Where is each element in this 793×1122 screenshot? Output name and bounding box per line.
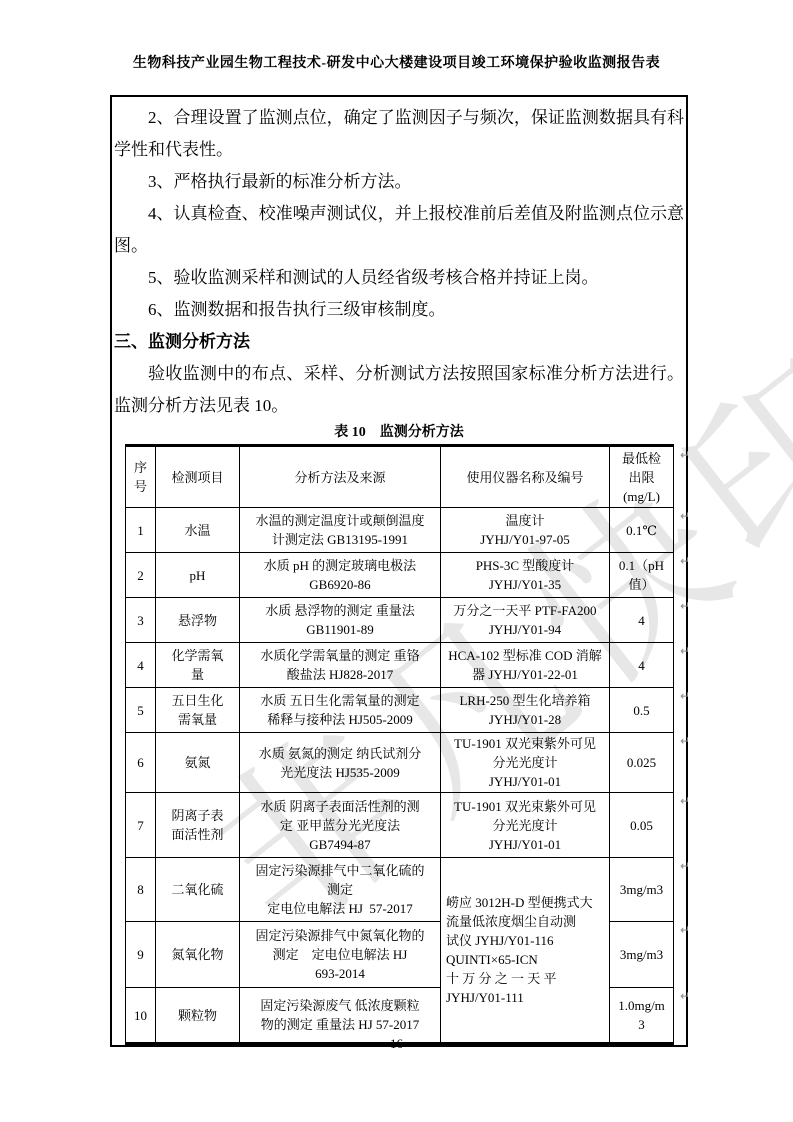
cell-limit-text: 3mg/m3	[620, 882, 663, 897]
col-header-instrument: 使用仪器名称及编号	[441, 446, 610, 508]
cell-limit: 3mg/m3↵	[610, 858, 674, 922]
cell-method: 水质 五日生化需氧量的测定 稀释与接种法 HJ505-2009	[240, 688, 441, 733]
list-item-3: 3、严格执行最新的标准分析方法。	[114, 166, 684, 198]
document-header-title: 生物科技产业园生物工程技术-研发中心大楼建设项目竣工环境保护验收监测报告表	[0, 52, 793, 72]
document-page: 生物科技产业园生物工程技术-研发中心大楼建设项目竣工环境保护验收监测报告表 非凡…	[0, 0, 793, 1122]
cell-no: 8	[126, 858, 156, 922]
cell-no: 5	[126, 688, 156, 733]
list-item-6: 6、监测数据和报告执行三级审核制度。	[114, 294, 684, 326]
section-heading: 三、监测分析方法	[114, 326, 684, 358]
col-header-limit: 最低检 出限 (mg/L)↵	[610, 446, 674, 508]
cell-limit: 4↵	[610, 643, 674, 688]
cell-limit-text: 0.025	[627, 755, 656, 770]
cell-method: 水温的测定温度计或颠倒温度 计测定法 GB13195-1991	[240, 508, 441, 553]
cell-item: pH	[156, 553, 240, 598]
table-row: 6 氨氮 水质 氨氮的测定 纳氏试剂分 光光度法 HJ535-2009 TU-1…	[126, 733, 674, 793]
cell-method: 固定污染源废气 低浓度颗粒 物的测定 重量法 HJ 57-2017	[240, 988, 441, 1044]
table-row: 2 pH 水质 pH 的测定玻璃电极法 GB6920-86 PHS-3C 型酸度…	[126, 553, 674, 598]
cell-limit: 0.05↵	[610, 793, 674, 858]
cell-method: 固定污染源排气中氮氧化物的 测定 定电位电解法 HJ 693-2014	[240, 922, 441, 988]
cell-limit: 0.5↵	[610, 688, 674, 733]
cell-method: 水质 氨氮的测定 纳氏试剂分 光光度法 HJ535-2009	[240, 733, 441, 793]
analysis-methods-table: 序 号 检测项目 分析方法及来源 使用仪器名称及编号 最低检 出限 (mg/L)…	[125, 444, 674, 1045]
cell-limit-text: 3mg/m3	[620, 947, 663, 962]
cell-limit: 1.0mg/m 3↵	[610, 988, 674, 1044]
cell-no: 2	[126, 553, 156, 598]
cell-limit-text: 0.5	[633, 703, 649, 718]
cell-instrument: LRH-250 型生化培养箱 JYHJ/Y01-28	[441, 688, 610, 733]
cell-instrument: PHS-3C 型酸度计 JYHJ/Y01-35	[441, 553, 610, 598]
paragraph-mark-icon: ↵	[680, 990, 690, 1002]
table-row: 5 五日生化 需氧量 水质 五日生化需氧量的测定 稀释与接种法 HJ505-20…	[126, 688, 674, 733]
cell-no: 10	[126, 988, 156, 1044]
cell-item: 二氧化硫	[156, 858, 240, 922]
col-header-method: 分析方法及来源	[240, 446, 441, 508]
cell-no: 3	[126, 598, 156, 643]
cell-no: 1	[126, 508, 156, 553]
table-row: 7 阴离子表 面活性剂 水质 阴离子表面活性剂的测 定 亚甲蓝分光光度法 GB7…	[126, 793, 674, 858]
paragraph-mark-icon: ↵	[680, 735, 690, 747]
cell-instrument: TU-1901 双光束紫外可见 分光光度计 JYHJ/Y01-01	[441, 793, 610, 858]
list-item-5: 5、验收监测采样和测试的人员经省级考核合格并持证上岗。	[114, 262, 684, 294]
cell-limit-text: 4	[638, 658, 645, 673]
cell-limit-text: 0.1℃	[626, 523, 657, 538]
cell-limit: 0.025↵	[610, 733, 674, 793]
paragraph-mark-icon: ↵	[680, 600, 690, 612]
cell-limit-text: 0.1（pH 值）	[619, 558, 664, 592]
cell-item: 悬浮物	[156, 598, 240, 643]
cell-limit-text: 0.05	[630, 818, 653, 833]
cell-no: 4	[126, 643, 156, 688]
cell-instrument: TU-1901 双光束紫外可见 分光光度计 JYHJ/Y01-01	[441, 733, 610, 793]
paragraph-mark-icon: ↵	[680, 690, 690, 702]
cell-instrument: 温度计 JYHJ/Y01-97-05	[441, 508, 610, 553]
cell-method: 水质 悬浮物的测定 重量法 GB11901-89	[240, 598, 441, 643]
table-caption: 表 10 监测分析方法	[114, 422, 684, 444]
table-header-row: 序 号 检测项目 分析方法及来源 使用仪器名称及编号 最低检 出限 (mg/L)…	[126, 446, 674, 508]
cell-item: 水温	[156, 508, 240, 553]
cell-limit-text: 1.0mg/m 3	[618, 998, 665, 1032]
cell-no: 7	[126, 793, 156, 858]
cell-limit: 3mg/m3↵	[610, 922, 674, 988]
paragraph-mark-icon: ↵	[680, 860, 690, 872]
col-header-limit-text: 最低检 出限 (mg/L)	[622, 451, 661, 504]
cell-limit: 4↵	[610, 598, 674, 643]
cell-instrument: 万分之一天平 PTF-FA200 JYHJ/Y01-94	[441, 598, 610, 643]
cell-item: 五日生化 需氧量	[156, 688, 240, 733]
cell-no: 9	[126, 922, 156, 988]
cell-item: 颗粒物	[156, 988, 240, 1044]
cell-method: 水质 阴离子表面活性剂的测 定 亚甲蓝分光光度法 GB7494-87	[240, 793, 441, 858]
content-box: 2、合理设置了监测点位，确定了监测因子与频次，保证监测数据具有科学性和代表性。 …	[110, 95, 688, 1047]
paragraph-mark-icon: ↵	[680, 924, 690, 936]
paragraph-mark-icon: ↵	[680, 449, 690, 461]
cell-item: 阴离子表 面活性剂	[156, 793, 240, 858]
col-header-item: 检测项目	[156, 446, 240, 508]
cell-limit: 0.1℃↵	[610, 508, 674, 553]
paragraph-mark-icon: ↵	[680, 555, 690, 567]
list-item-4: 4、认真检查、校准噪声测试仪，并上报校准前后差值及附监测点位示意图。	[114, 198, 684, 262]
cell-limit: 0.1（pH 值）↵	[610, 553, 674, 598]
paragraph-mark-icon: ↵	[680, 795, 690, 807]
cell-item: 化学需氧 量	[156, 643, 240, 688]
cell-instrument: HCA-102 型标准 COD 消解 器 JYHJ/Y01-22-01	[441, 643, 610, 688]
cell-method: 固定污染源排气中二氧化硫的 测定 定电位电解法 HJ 57-2017	[240, 858, 441, 922]
table-row: 3 悬浮物 水质 悬浮物的测定 重量法 GB11901-89 万分之一天平 PT…	[126, 598, 674, 643]
cell-item: 氮氧化物	[156, 922, 240, 988]
cell-method: 水质 pH 的测定玻璃电极法 GB6920-86	[240, 553, 441, 598]
cell-item: 氨氮	[156, 733, 240, 793]
cell-instrument-merged: 崂应 3012H-D 型便携式大 流量低浓度烟尘自动测 试仪 JYHJ/Y01-…	[441, 858, 610, 1044]
table-row: 8 二氧化硫 固定污染源排气中二氧化硫的 测定 定电位电解法 HJ 57-201…	[126, 858, 674, 922]
paragraph-mark-icon: ↵	[680, 510, 690, 522]
intro-paragraph: 验收监测中的布点、采样、分析测试方法按照国家标准分析方法进行。监测分析方法见表 …	[114, 358, 684, 422]
table-row: 1 水温 水温的测定温度计或颠倒温度 计测定法 GB13195-1991 温度计…	[126, 508, 674, 553]
table-row: 4 化学需氧 量 水质化学需氧量的测定 重铬 酸盐法 HJ828-2017 HC…	[126, 643, 674, 688]
cell-no: 6	[126, 733, 156, 793]
list-item-2: 2、合理设置了监测点位，确定了监测因子与频次，保证监测数据具有科学性和代表性。	[114, 102, 684, 166]
col-header-no: 序 号	[126, 446, 156, 508]
paragraph-mark-icon: ↵	[680, 645, 690, 657]
cell-method: 水质化学需氧量的测定 重铬 酸盐法 HJ828-2017	[240, 643, 441, 688]
cell-limit-text: 4	[638, 613, 645, 628]
